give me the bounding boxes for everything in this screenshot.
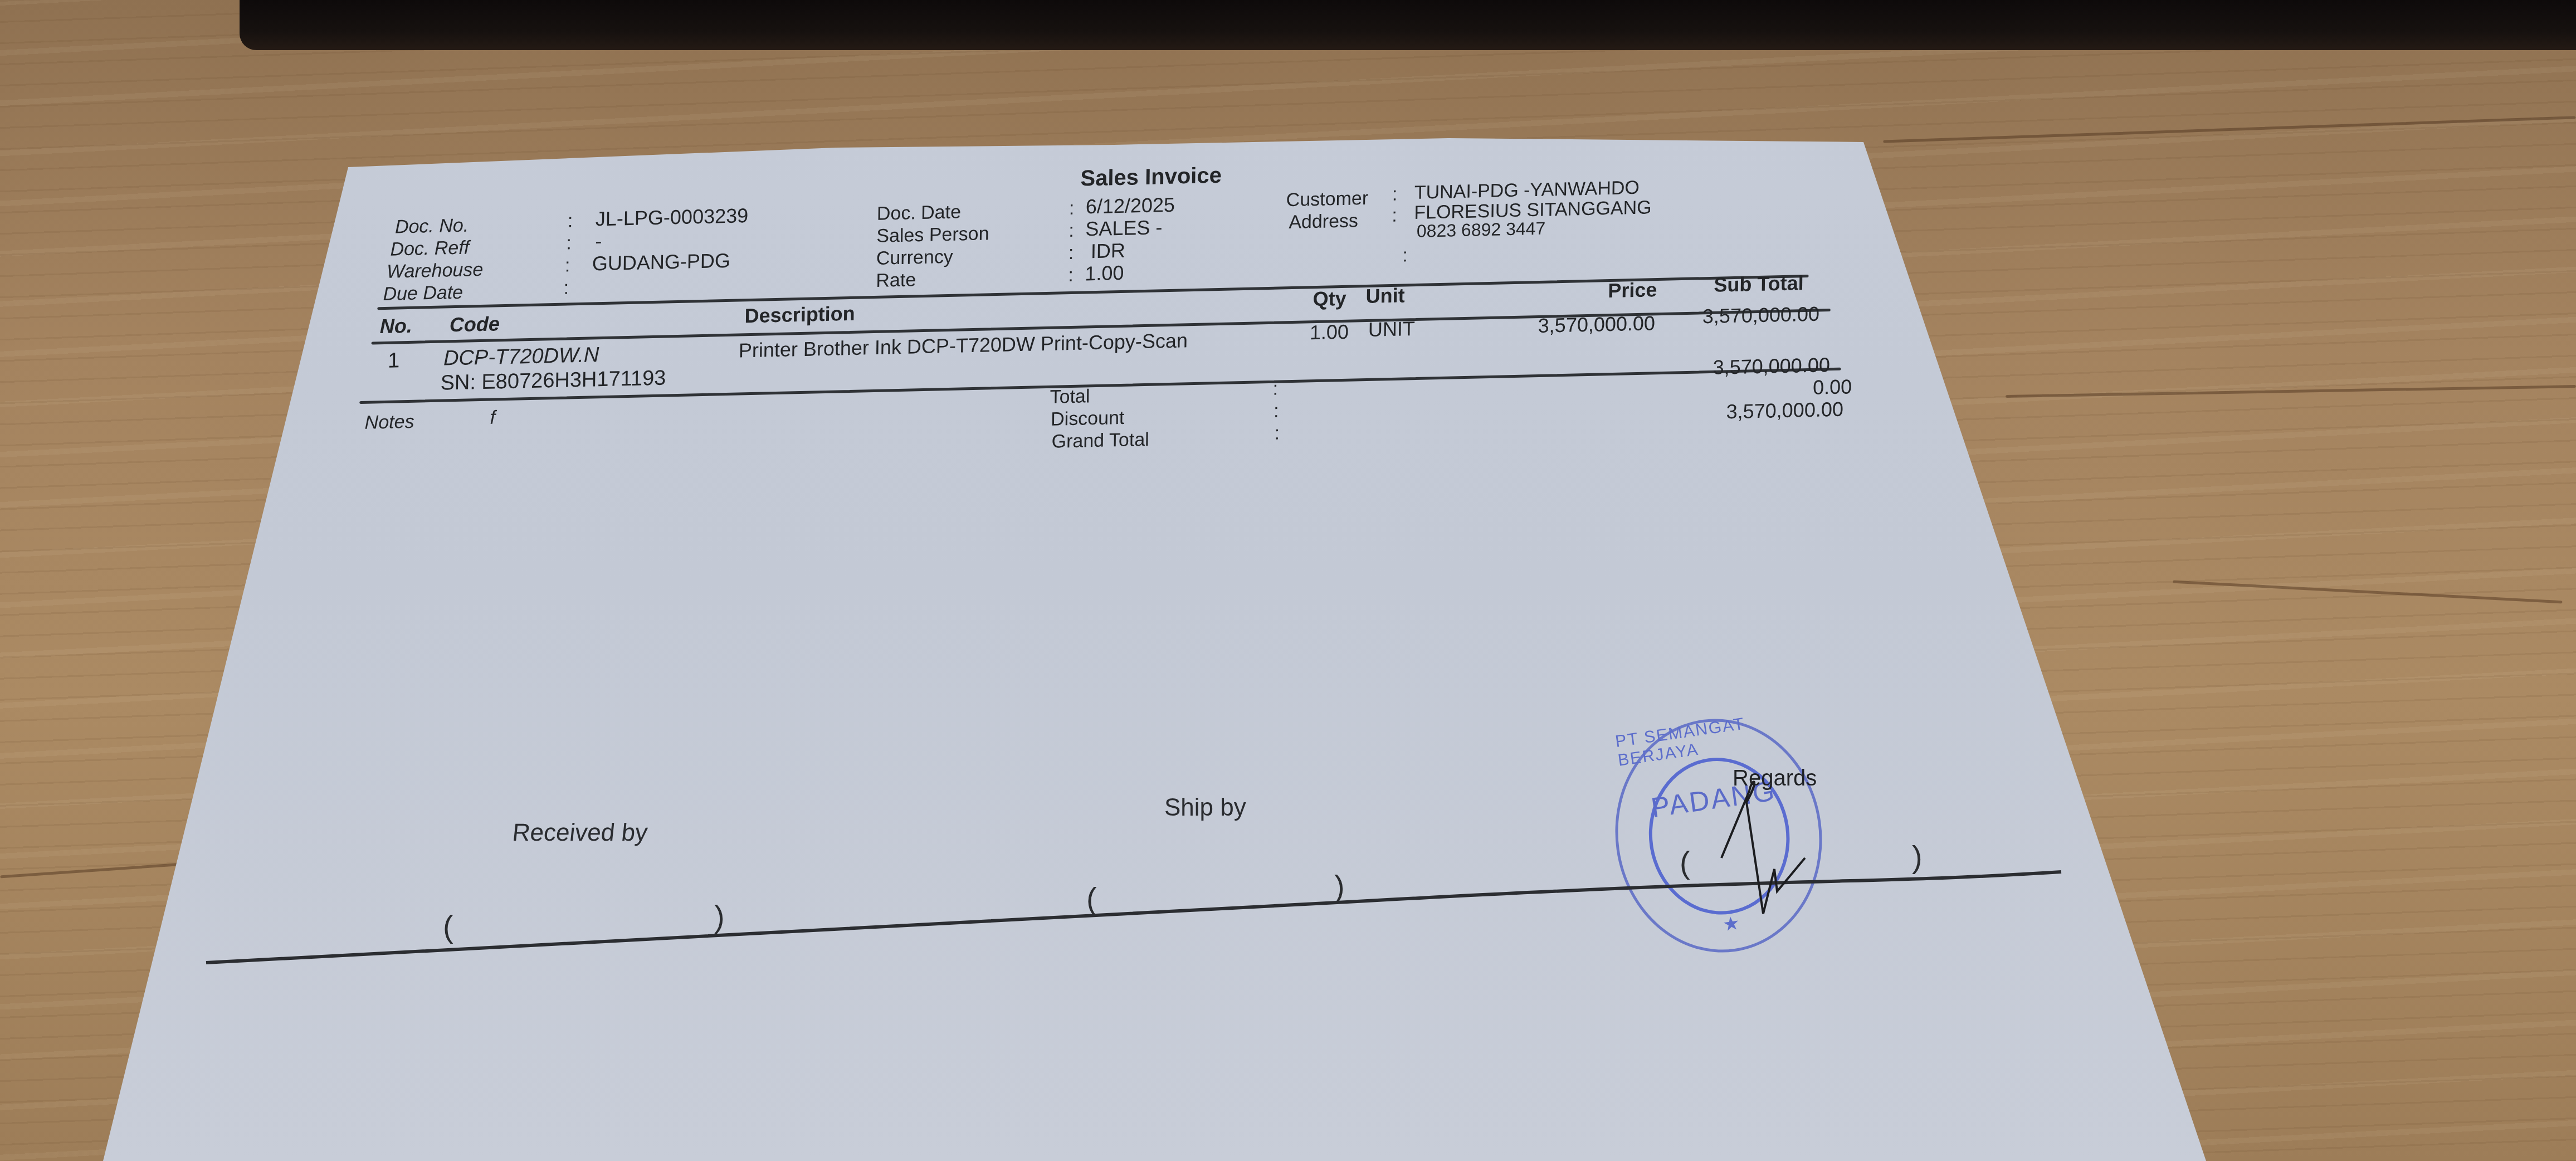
ship-by-open-paren: ( <box>1086 880 1097 916</box>
doc-date-label: Doc. Date <box>877 201 962 225</box>
row-subtotal: 3,570,000.00 <box>1702 302 1820 328</box>
colon: : <box>566 232 572 254</box>
received-by-close-paren: ) <box>714 898 725 934</box>
col-no: No. <box>380 314 412 338</box>
row-unit: UNIT <box>1368 317 1415 342</box>
rate-value: 1.00 <box>1085 261 1124 286</box>
received-by-open-paren: ( <box>443 908 453 944</box>
currency-label: Currency <box>876 246 953 270</box>
colon: : <box>1272 378 1278 400</box>
discount-value: 0.00 <box>1813 375 1852 399</box>
monitor-bezel <box>240 0 2576 50</box>
warehouse-label: Warehouse <box>387 259 484 283</box>
sales-person-label: Sales Person <box>876 223 989 247</box>
col-unit: Unit <box>1365 284 1404 308</box>
wood-grain-line <box>0 862 184 878</box>
due-date-label: Due Date <box>383 282 463 305</box>
discount-label: Discount <box>1051 407 1125 431</box>
sales-person-value: SALES - <box>1085 216 1163 241</box>
col-price: Price <box>1608 278 1657 303</box>
total-label: Total <box>1050 386 1090 408</box>
address-label: Address <box>1289 210 1358 233</box>
col-qty: Qty <box>1313 287 1346 311</box>
regards-label: Regards <box>1733 766 1817 791</box>
row-price: 3,570,000.00 <box>1538 311 1655 338</box>
col-subtotal: Sub Total <box>1714 271 1804 297</box>
rate-label: Rate <box>876 269 916 292</box>
doc-no-value: JL-LPG-0003239 <box>596 204 749 231</box>
grand-total-value: 3,570,000.00 <box>1726 398 1843 424</box>
colon: : <box>1068 265 1074 286</box>
invoice-title: Sales Invoice <box>1080 163 1222 192</box>
row-serial: SN: E80726H3H171193 <box>440 366 666 395</box>
doc-no-label: Doc. No. <box>395 214 469 238</box>
row-code: DCP-T720DW.N <box>443 343 599 370</box>
warehouse-value: GUDANG-PDG <box>592 249 730 276</box>
colon: : <box>1069 242 1074 264</box>
col-description: Description <box>744 302 855 328</box>
grand-total-label: Grand Total <box>1051 429 1149 453</box>
colon: : <box>1392 205 1397 227</box>
row-no: 1 <box>388 349 400 373</box>
regards-close-paren: ) <box>1912 838 1923 875</box>
wood-grain-line <box>2006 385 2576 398</box>
notes-value: f <box>490 407 495 428</box>
colon: : <box>1274 423 1280 445</box>
colon: : <box>1392 184 1398 206</box>
doc-date-value: 6/12/2025 <box>1086 193 1175 219</box>
currency-value: IDR <box>1091 239 1125 263</box>
colon: : <box>563 277 569 299</box>
doc-reff-label: Doc. Reff <box>390 237 469 260</box>
row-qty: 1.00 <box>1310 320 1349 345</box>
address-line-2: 0823 6892 3447 <box>1417 218 1546 242</box>
stamp-star-icon: ★ <box>1721 911 1741 936</box>
colon: : <box>1402 245 1408 266</box>
notes-label: Notes <box>365 411 414 434</box>
doc-reff-value: - <box>595 230 602 253</box>
ship-by-label: Ship by <box>1164 794 1246 822</box>
wood-grain-line <box>2173 580 2562 604</box>
colon: : <box>565 255 570 276</box>
col-code: Code <box>450 312 500 336</box>
customer-label: Customer <box>1286 188 1369 211</box>
regards-open-paren: ( <box>1680 844 1690 880</box>
colon: : <box>1069 198 1075 219</box>
received-by-label: Received by <box>511 819 648 847</box>
colon: : <box>568 210 573 232</box>
colon: : <box>1069 220 1074 242</box>
colon: : <box>1274 401 1279 422</box>
ship-by-close-paren: ) <box>1334 868 1345 904</box>
wood-grain-line <box>1883 116 2575 143</box>
